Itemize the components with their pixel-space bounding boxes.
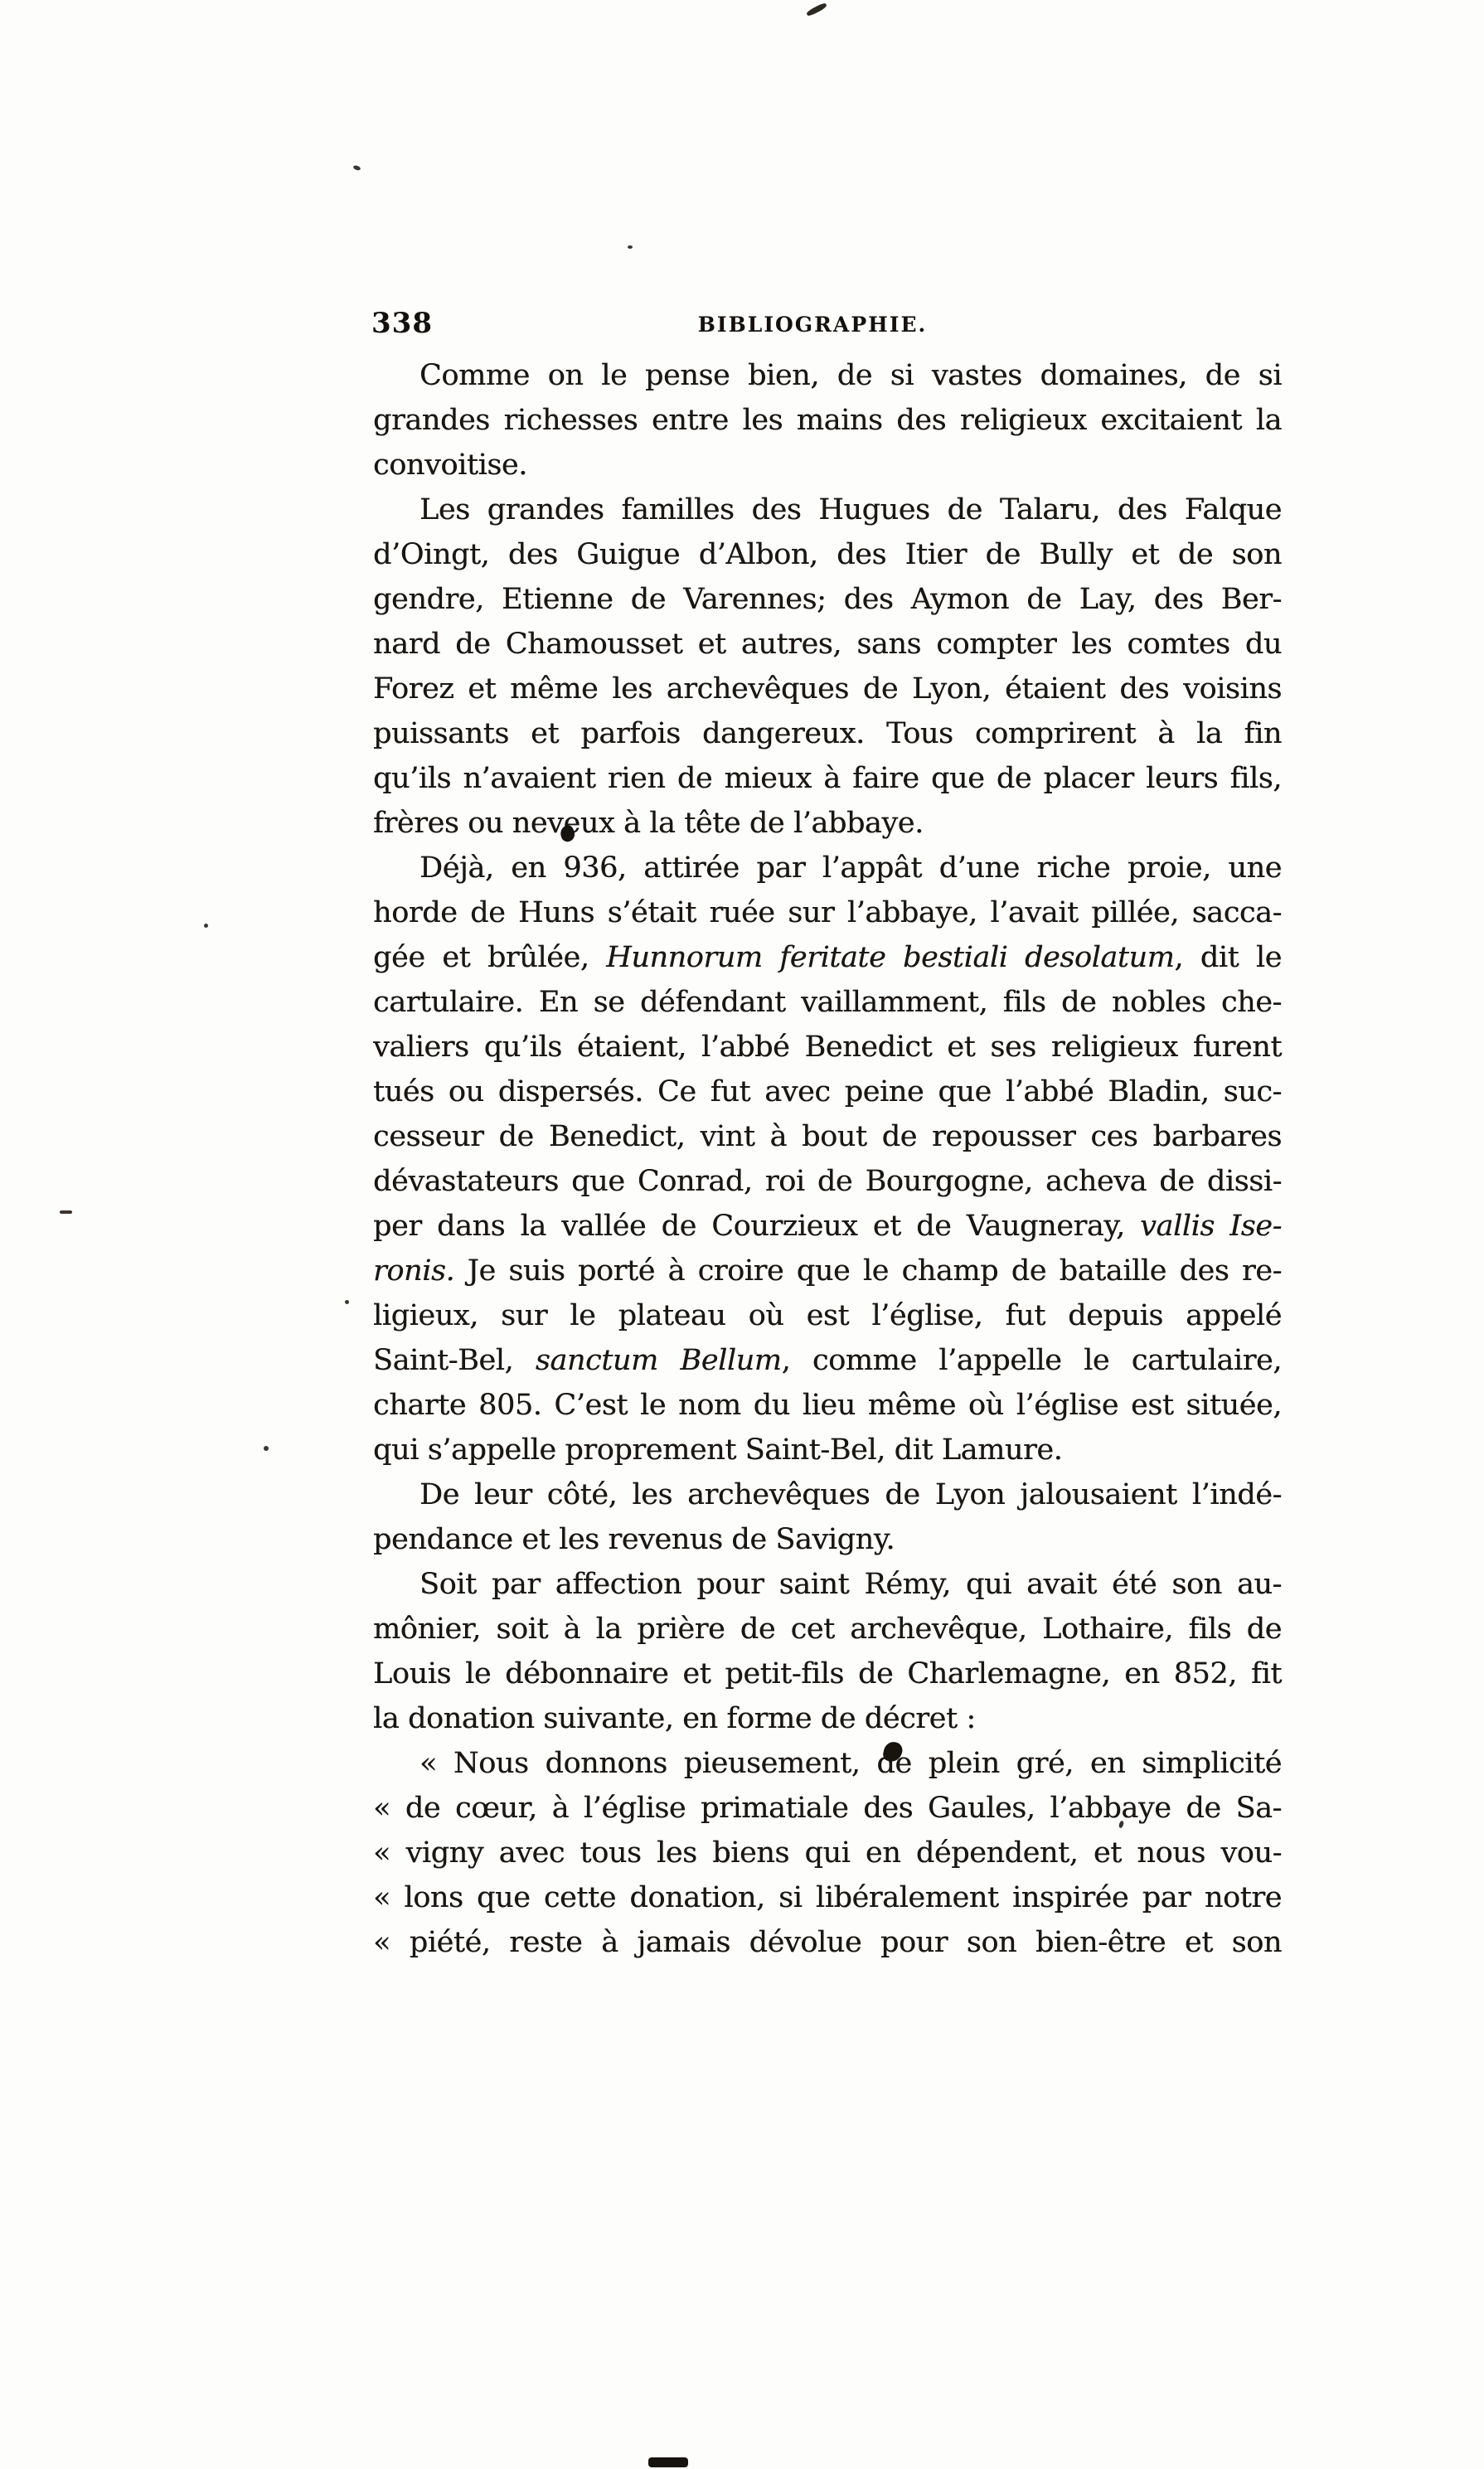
text-line: gendre, Etienne de Varennes; des Aymon d… bbox=[373, 577, 1282, 622]
text-line: pendance et les revenus de Savigny. bbox=[373, 1517, 1282, 1562]
text-body: Comme on le pense bien, de si vastes dom… bbox=[373, 353, 1282, 1965]
scan-speck bbox=[60, 1210, 72, 1214]
text-segment: convoitise. bbox=[373, 449, 527, 482]
text-segment: Hunnorum feritate bestiali desolatum bbox=[606, 941, 1174, 974]
text-segment: grandes richesses entre les mains des re… bbox=[373, 404, 1282, 437]
book-page: 338 BIBLIOGRAPHIE. Comme on le pense bie… bbox=[0, 0, 1484, 2469]
text-line: ronis. Je suis porté à croire que le cha… bbox=[373, 1249, 1282, 1293]
text-segment: Forez et même les archevêques de Lyon, é… bbox=[373, 672, 1282, 706]
text-segment: cartulaire. En se défendant vaillamment,… bbox=[373, 986, 1282, 1019]
text-segment: « vigny avec tous les biens qui en dépen… bbox=[373, 1836, 1282, 1870]
text-line: charte 805. C’est le nom du lieu même où… bbox=[373, 1383, 1282, 1428]
text-segment: « piété, reste à jamais dévolue pour son… bbox=[373, 1926, 1282, 1959]
text-segment: Comme on le pense bien, de si vastes dom… bbox=[419, 359, 1282, 392]
text-line: grandes richesses entre les mains des re… bbox=[373, 398, 1282, 443]
text-segment: qu’ils n’avaient rien de mieux à faire q… bbox=[373, 762, 1282, 795]
text-segment: « de cœur, à l’église primatiale des Gau… bbox=[373, 1792, 1282, 1825]
text-segment: Déjà, en 936, attirée par l’appât d’une … bbox=[419, 851, 1282, 885]
running-title: BIBLIOGRAPHIE. bbox=[373, 313, 1252, 337]
text-line: qu’ils n’avaient rien de mieux à faire q… bbox=[373, 756, 1282, 801]
text-line: « vigny avec tous les biens qui en dépen… bbox=[373, 1831, 1282, 1875]
text-line: qui s’appelle proprement Saint-Bel, dit … bbox=[373, 1428, 1282, 1472]
text-line: Les grandes familles des Hugues de Talar… bbox=[373, 487, 1282, 532]
scan-speck bbox=[345, 1300, 349, 1304]
text-line: Louis le débonnaire et petit-fils de Cha… bbox=[373, 1652, 1282, 1696]
scan-speck bbox=[628, 245, 633, 249]
text-line: Comme on le pense bien, de si vastes dom… bbox=[373, 353, 1282, 398]
scan-speck bbox=[806, 2, 827, 17]
text-line: per dans la vallée de Courzieux et de Va… bbox=[373, 1204, 1282, 1249]
text-line: Déjà, en 936, attirée par l’appât d’une … bbox=[373, 846, 1282, 890]
text-line: valiers qu’ils étaient, l’abbé Benedict … bbox=[373, 1025, 1282, 1070]
text-line: horde de Huns s’était ruée sur l’abbaye,… bbox=[373, 890, 1282, 935]
scan-speck bbox=[352, 165, 361, 172]
text-line: Soit par affection pour saint Rémy, qui … bbox=[373, 1562, 1282, 1607]
text-segment: tués ou dispersés. Ce fut avec peine que… bbox=[373, 1075, 1282, 1108]
text-segment: , comme l’appelle le cartulaire, bbox=[782, 1344, 1282, 1377]
text-segment: Soit par affection pour saint Rémy, qui … bbox=[419, 1568, 1282, 1601]
scan-speck bbox=[264, 1446, 269, 1451]
text-line: nard de Chamousset et autres, sans compt… bbox=[373, 622, 1282, 667]
text-line: tués ou dispersés. Ce fut avec peine que… bbox=[373, 1070, 1282, 1114]
text-segment: Saint-Bel, bbox=[373, 1344, 536, 1377]
text-segment: « lons que cette donation, si libéraleme… bbox=[373, 1881, 1282, 1914]
text-segment: d’Oingt, des Guigue d’Albon, des Itier d… bbox=[373, 538, 1282, 571]
text-segment: Je suis porté à croire que le champ de b… bbox=[454, 1254, 1282, 1288]
scan-speck bbox=[648, 2457, 688, 2467]
text-line: « Nous donnons pieusement, de plein gré,… bbox=[373, 1741, 1282, 1786]
text-segment: ligieux, sur le plateau où est l’église,… bbox=[373, 1299, 1282, 1332]
text-segment: qui s’appelle proprement Saint-Bel, dit … bbox=[373, 1433, 1062, 1467]
text-segment: mônier, soit à la prière de cet archevêq… bbox=[373, 1613, 1282, 1646]
text-line: Saint-Bel, sanctum Bellum, comme l’appel… bbox=[373, 1338, 1282, 1383]
text-segment: De leur côté, les archevêques de Lyon ja… bbox=[419, 1478, 1282, 1511]
text-segment: cesseur de Benedict, vint à bout de repo… bbox=[373, 1120, 1282, 1153]
text-segment: horde de Huns s’était ruée sur l’abbaye,… bbox=[373, 896, 1282, 929]
text-segment: Les grandes familles des Hugues de Talar… bbox=[419, 493, 1282, 526]
text-segment: pendance et les revenus de Savigny. bbox=[373, 1523, 895, 1556]
text-line: Forez et même les archevêques de Lyon, é… bbox=[373, 667, 1282, 711]
text-segment: puissants et parfois dangereux. Tous com… bbox=[373, 717, 1282, 750]
text-line: cesseur de Benedict, vint à bout de repo… bbox=[373, 1114, 1282, 1159]
text-segment: vallis Ise- bbox=[1140, 1210, 1282, 1243]
text-line: cartulaire. En se défendant vaillamment,… bbox=[373, 980, 1282, 1025]
text-segment: nard de Chamousset et autres, sans compt… bbox=[373, 628, 1282, 661]
scan-speck bbox=[204, 924, 208, 928]
text-line: la donation suivante, en forme de décret… bbox=[373, 1696, 1282, 1741]
text-segment: charte 805. C’est le nom du lieu même où… bbox=[373, 1389, 1282, 1422]
text-segment: gendre, Etienne de Varennes; des Aymon d… bbox=[373, 583, 1282, 616]
text-line: De leur côté, les archevêques de Lyon ja… bbox=[373, 1472, 1282, 1517]
text-segment: la donation suivante, en forme de décret… bbox=[373, 1702, 976, 1735]
text-segment: Louis le débonnaire et petit-fils de Cha… bbox=[373, 1657, 1282, 1690]
text-line: convoitise. bbox=[373, 443, 1282, 487]
text-segment: , dit le bbox=[1174, 941, 1282, 974]
text-line: frères ou neveux à la tête de l’abbaye. bbox=[373, 801, 1282, 846]
text-line: dévastateurs que Conrad, roi de Bourgogn… bbox=[373, 1159, 1282, 1204]
text-line: ligieux, sur le plateau où est l’église,… bbox=[373, 1293, 1282, 1338]
text-segment: ronis. bbox=[373, 1254, 454, 1288]
text-segment: per dans la vallée de Courzieux et de Va… bbox=[373, 1210, 1140, 1243]
text-line: d’Oingt, des Guigue d’Albon, des Itier d… bbox=[373, 532, 1282, 577]
text-line: puissants et parfois dangereux. Tous com… bbox=[373, 711, 1282, 756]
text-line: mônier, soit à la prière de cet archevêq… bbox=[373, 1607, 1282, 1652]
text-segment: « Nous donnons pieusement, de plein gré,… bbox=[419, 1747, 1282, 1780]
text-segment: sanctum Bellum bbox=[536, 1344, 782, 1377]
text-line: « piété, reste à jamais dévolue pour son… bbox=[373, 1920, 1282, 1965]
text-line: « de cœur, à l’église primatiale des Gau… bbox=[373, 1786, 1282, 1831]
text-line: gée et brûlée, Hunnorum feritate bestial… bbox=[373, 935, 1282, 980]
text-segment: dévastateurs que Conrad, roi de Bourgogn… bbox=[373, 1165, 1282, 1198]
text-segment: gée et brûlée, bbox=[373, 941, 606, 974]
text-segment: valiers qu’ils étaient, l’abbé Benedict … bbox=[373, 1031, 1282, 1064]
text-segment: frères ou neveux à la tête de l’abbaye. bbox=[373, 807, 924, 840]
text-line: « lons que cette donation, si libéraleme… bbox=[373, 1875, 1282, 1920]
